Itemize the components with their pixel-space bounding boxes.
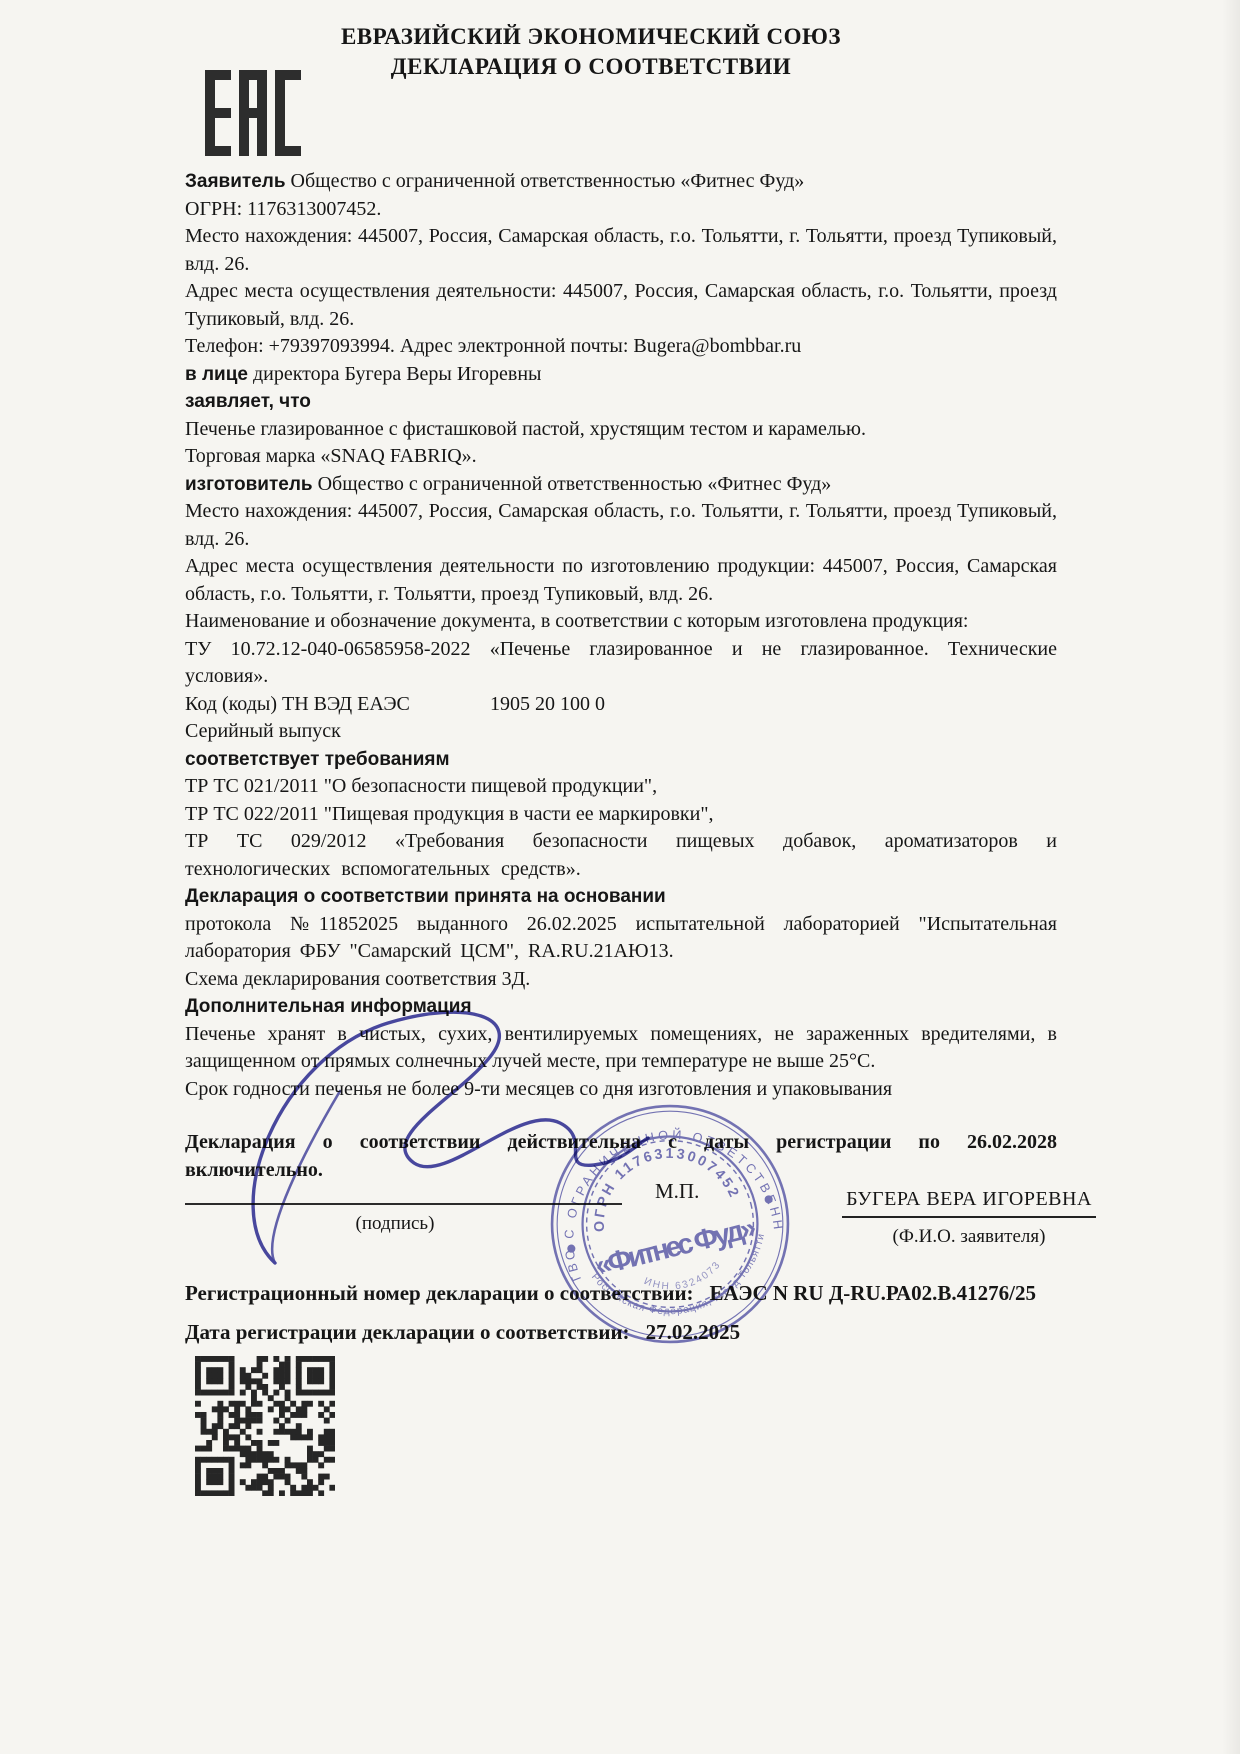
applicant-fio: БУГЕРА ВЕРА ИГОРЕВНА: [842, 1186, 1096, 1218]
declaration-document: ЕВРАЗИЙСКИЙ ЭКОНОМИЧЕСКИЙ СОЮЗ ДЕКЛАРАЦИ…: [0, 0, 1240, 1754]
fio-caption: (Ф.И.О. заявителя): [819, 1223, 1119, 1251]
compliance-header: соответствует требованиям: [185, 746, 1057, 774]
company-stamp: ОБЩЕСТВО С ОГРАНИЧЕННОЙ ОТВЕТСТВЕННОСТЬЮ…: [548, 1102, 792, 1346]
in-person-label: в лице: [185, 364, 248, 385]
doc-intro: Наименование и обозначение документа, в …: [185, 608, 1057, 636]
in-person-name: директора Бугера Веры Игоревны: [248, 363, 542, 385]
applicant-contacts: Телефон: +79397093994. Адрес электронной…: [185, 333, 1057, 361]
serial-issue: Серийный выпуск: [185, 718, 1057, 746]
title-declaration: ДЕКЛАРАЦИЯ О СООТВЕТСТВИИ: [185, 52, 997, 82]
scan-edge-shadow: [1222, 0, 1240, 1754]
tnved-value: 1905 20 100 0: [490, 693, 605, 715]
basis-protocol: протокола №11852025 выданного 26.02.2025…: [185, 911, 1057, 966]
stamp-center-text: «Фитнес Фуд»: [592, 1211, 760, 1282]
manufacturer-name: Общество с ограниченной ответственностью…: [313, 473, 832, 495]
manufacturer-label: изготовитель: [185, 474, 313, 495]
product-trademark: Торговая марка «SNAQ FABRIQ».: [185, 443, 1057, 471]
applicant-label: Заявитель: [185, 171, 286, 192]
applicant-ogrn: ОГРН: 1176313007452.: [185, 196, 1057, 224]
manufacturer-line: изготовитель Общество с ограниченной отв…: [185, 471, 1057, 499]
basis-header: Декларация о соответствии принята на осн…: [185, 883, 1057, 911]
doc-reference: ТУ 10.72.12-040-06585958-2022 «Печенье г…: [185, 636, 1057, 691]
manufacturer-location: Место нахождения: 445007, Россия, Самарс…: [185, 498, 1057, 553]
manufacturer-production-address: Адрес места осуществления деятельности п…: [185, 553, 1057, 608]
declares-label: заявляет, что: [185, 388, 1057, 416]
fio-block: БУГЕРА ВЕРА ИГОРЕВНА (Ф.И.О. заявителя): [819, 1186, 1119, 1250]
qr-code: [195, 1356, 335, 1496]
product-name: Печенье глазированное с фисташковой паст…: [185, 416, 1057, 444]
reg-tr-029: ТР ТС 029/2012 «Требования безопасности …: [185, 828, 1057, 883]
applicant-name: Общество с ограниченной ответственностью…: [286, 170, 805, 192]
reg-tr-021: ТР ТС 021/2011 "О безопасности пищевой п…: [185, 773, 1057, 801]
tnved-label: Код (коды) ТН ВЭД ЕАЭС: [185, 691, 490, 719]
page-title: ЕВРАЗИЙСКИЙ ЭКОНОМИЧЕСКИЙ СОЮЗ ДЕКЛАРАЦИ…: [185, 22, 997, 82]
applicant-activity-address: Адрес места осуществления деятельности: …: [185, 278, 1057, 333]
reg-tr-022: ТР ТС 022/2011 "Пищевая продукция в част…: [185, 801, 1057, 829]
basis-scheme: Схема декларирования соответствия 3Д.: [185, 966, 1057, 994]
in-person-line: в лице директора Бугера Веры Игоревны: [185, 361, 1057, 389]
title-union: ЕВРАЗИЙСКИЙ ЭКОНОМИЧЕСКИЙ СОЮЗ: [185, 22, 997, 52]
applicant-location: Место нахождения: 445007, Россия, Самарс…: [185, 223, 1057, 278]
tnved-line: Код (коды) ТН ВЭД ЕАЭС1905 20 100 0: [185, 691, 1057, 719]
applicant-line: Заявитель Общество с ограниченной ответс…: [185, 168, 1057, 196]
